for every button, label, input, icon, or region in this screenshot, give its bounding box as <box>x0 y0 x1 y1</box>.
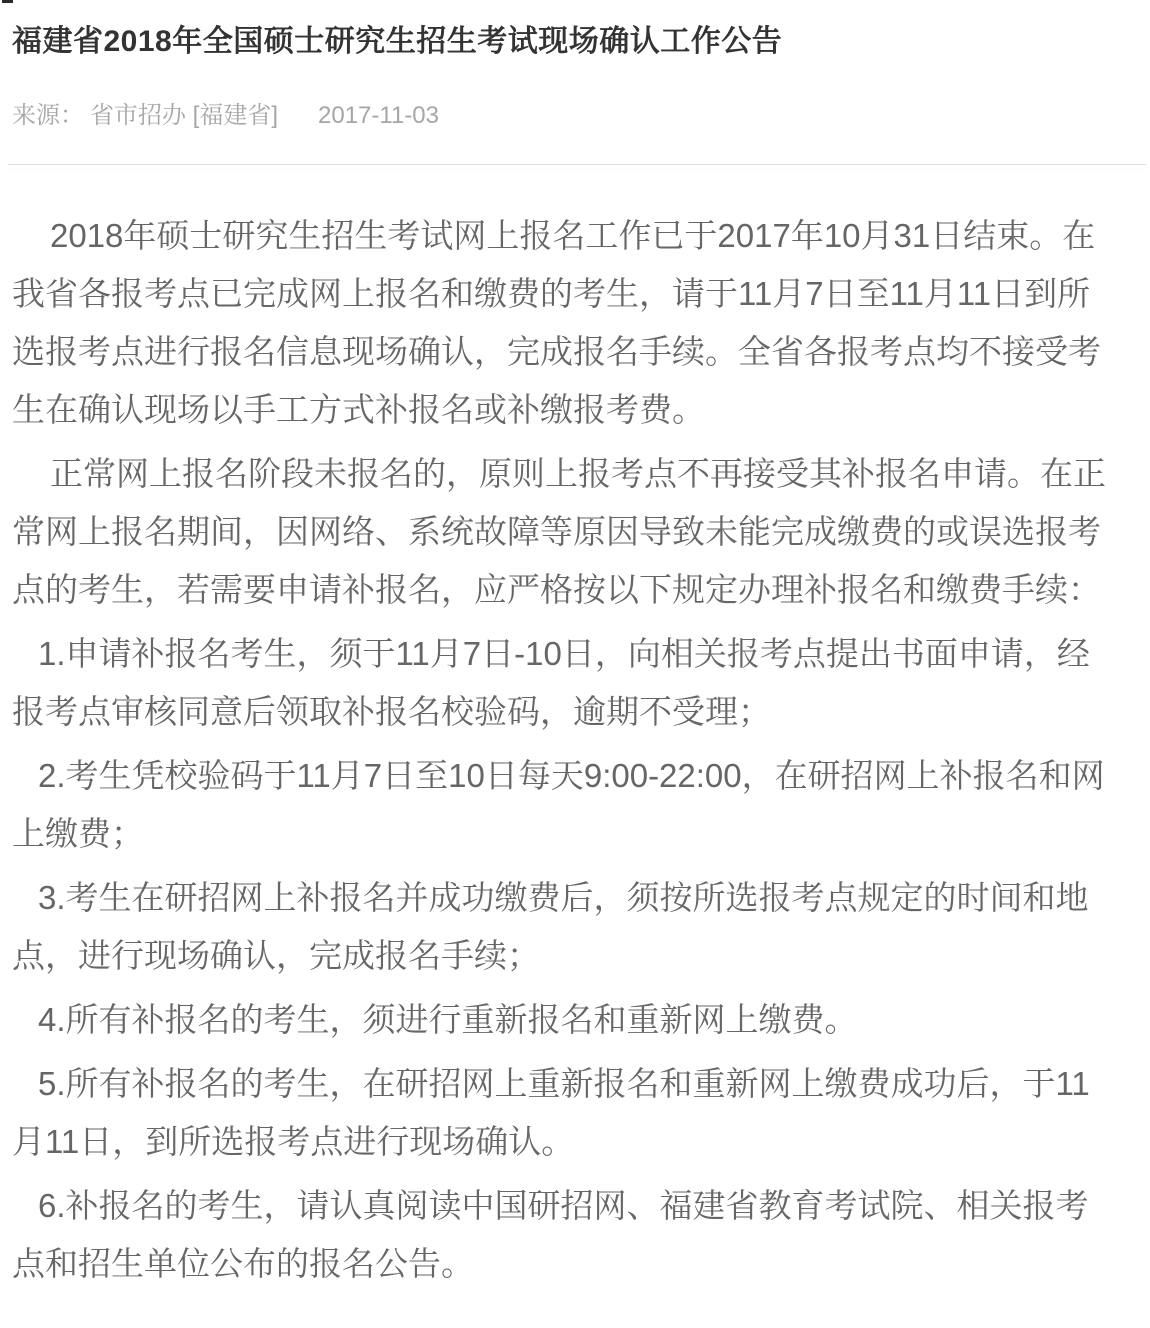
article-header: 福建省2018年全国硕士研究生招生考试现场确认工作公告 来源：省市招办 [福建省… <box>0 0 1150 131</box>
source-label: 来源： <box>12 102 84 129</box>
announcement-page: { "article": { "title": "福建省2018年全国硕士研究生… <box>0 0 1150 1328</box>
source-value: 省市招办 [福建省] <box>90 102 278 129</box>
list-item-6: 6.补报名的考生，请认真阅读中国研招网、福建省教育考试院、相关报考点和招生单位公… <box>12 1177 1118 1293</box>
screenshot-corner-artifact <box>2 0 13 3</box>
article-date: 2017-11-03 <box>318 102 439 129</box>
list-item-2: 2.考生凭校验码于11月7日至10日每天9:00-22:00，在研招网上补报名和… <box>12 747 1118 863</box>
page-title: 福建省2018年全国硕士研究生招生考试现场确认工作公告 <box>12 22 1120 62</box>
paragraph: 正常网上报名阶段未报名的，原则上报考点不再接受其补报名申请。在正常网上报名期间，… <box>12 445 1118 619</box>
paragraph: 2018年硕士研究生招生考试网上报名工作已于2017年10月31日结束。在我省各… <box>12 207 1118 439</box>
list-item-4: 4.所有补报名的考生，须进行重新报名和重新网上缴费。 <box>12 991 1118 1049</box>
list-item-1: 1.申请补报名考生，须于11月7日-10日，向相关报考点提出书面申请，经报考点审… <box>12 625 1118 741</box>
list-item-5: 5.所有补报名的考生，在研招网上重新报名和重新网上缴费成功后，于11月11日，到… <box>12 1055 1118 1171</box>
article-meta: 来源：省市招办 [福建省]2017-11-03 <box>12 101 1120 131</box>
list-item-3: 3.考生在研招网上补报名并成功缴费后，须按所选报考点规定的时间和地点，进行现场确… <box>12 869 1118 985</box>
article-body: 2018年硕士研究生招生考试网上报名工作已于2017年10月31日结束。在我省各… <box>0 165 1150 1328</box>
